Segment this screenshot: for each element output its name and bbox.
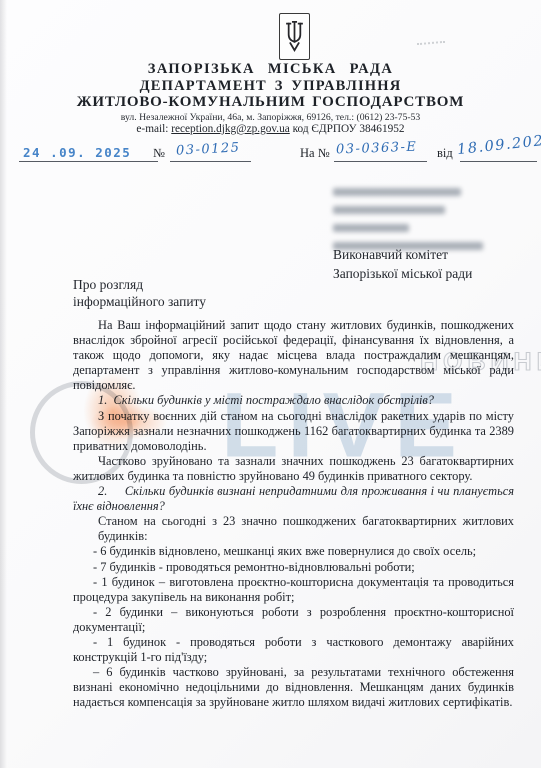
handwritten-outgoing-number: 03-0125 <box>176 140 241 158</box>
recipient-line1: Виконавчий комітет <box>333 245 472 264</box>
body-paragraph: Частково зруйновано та зазнали значних п… <box>73 454 514 484</box>
body-paragraph: На Ваш інформаційний запит щодо стану жи… <box>73 318 514 393</box>
body-paragraph: Станом на сьогодні з 23 значно пошкоджен… <box>73 514 514 544</box>
recipient-line2: Запорізької міської ради <box>333 264 472 283</box>
body-paragraph: - 7 будинків - проводяться ремонтно-відн… <box>73 560 514 575</box>
org-email: reception.djkg@zp.gov.ua <box>171 123 290 135</box>
scanned-letter-page: НОВИНИ LIVE ЗАПОРІЗЬКА МІСЬКА РАДА ДЕПАР… <box>0 0 541 768</box>
trident-icon <box>282 16 307 57</box>
body-paragraph: - 2 будинки – виконуються роботи з розро… <box>73 605 514 635</box>
body-paragraph: - 1 будинок - проводяться роботи з частк… <box>73 635 514 665</box>
scan-artifact-mark <box>417 41 445 45</box>
coat-of-arms-box <box>279 13 310 60</box>
body-paragraph: - 1 будинок – виготовлена проєктно-кошто… <box>73 575 514 605</box>
body-paragraph: З початку воєнних дій станом на сьогодні… <box>73 409 514 454</box>
org-name-line1: ЗАПОРІЗЬКА МІСЬКА РАДА <box>20 61 521 78</box>
subject-line1: Про розгляд <box>73 276 206 293</box>
org-address-line: вул. Незалежної України, 46а, м. Запоріж… <box>0 112 541 123</box>
number-label: № <box>153 146 165 161</box>
subject-line2: інформаційного запиту <box>73 293 206 310</box>
org-contact-line: e-mail: reception.djkg@zp.gov.ua код ЄДР… <box>0 123 541 135</box>
subject-block: Про розгляд інформаційного запиту <box>73 276 206 310</box>
question-paragraph: 1. Скільки будинків у місті постраждало … <box>73 393 514 408</box>
redacted-line <box>333 188 461 196</box>
org-name-line2: ДЕПАРТАМЕНТ З УПРАВЛІННЯ <box>20 78 521 95</box>
handwritten-incoming-number: 03-0363-Е <box>336 140 418 158</box>
redacted-line <box>333 224 409 232</box>
date-underline <box>19 161 158 162</box>
body-paragraphs: На Ваш інформаційний запит щодо стану жи… <box>73 318 514 710</box>
question-paragraph: 2. Скільки будинків визнані непридатними… <box>73 484 514 514</box>
body-paragraph: - 6 будинків відновлено, мешканці яких в… <box>73 544 514 559</box>
handwritten-incoming-date: 18.09.2025 <box>456 132 541 158</box>
date-stamp: 24 .09. 2025 <box>23 145 131 160</box>
edrpou-code: код ЄДРПОУ 38461952 <box>290 123 405 135</box>
org-name-line3: ЖИТЛОВО-КОМУНАЛЬНИМ ГОСПОДАРСТВОМ <box>20 94 521 111</box>
incoming-date-underline <box>460 161 537 162</box>
reply-to-label: На № <box>300 146 330 161</box>
incoming-number-underline <box>334 161 427 162</box>
redacted-line <box>333 206 445 214</box>
number-underline <box>170 161 251 162</box>
email-label: e-mail: <box>136 123 171 135</box>
from-date-label: від <box>437 146 453 161</box>
body-paragraph: – 6 будинків частково зруйновані, за рез… <box>73 665 514 710</box>
recipient-committee: Виконавчий комітет Запорізької міської р… <box>333 245 472 283</box>
